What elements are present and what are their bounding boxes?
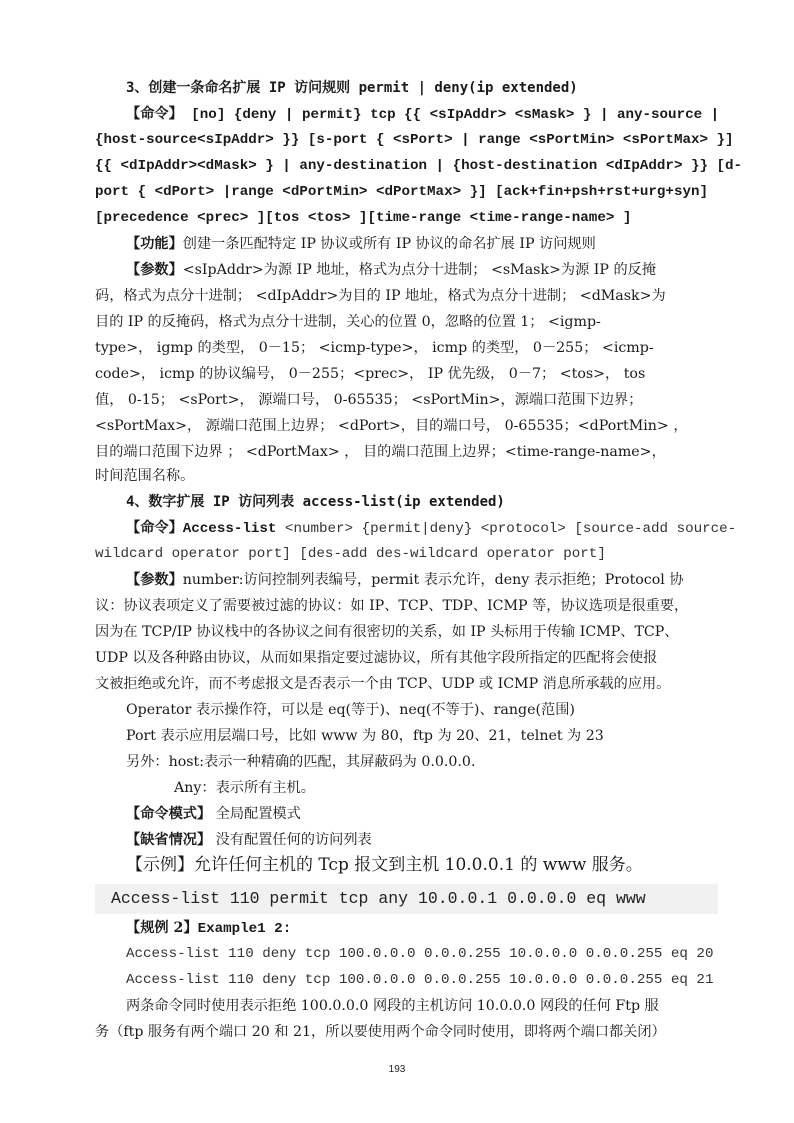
s4-default-text: 没有配置任何的访问列表	[211, 832, 372, 848]
s3-params-line-3: 目的 IP 的反掩码，格式为点分十进制，关心的位置 0，忽略的位置 1； <ig…	[95, 312, 601, 332]
s4-explain-line-2: 务（ftp 服务有两个端口 20 和 21，所以要使用两个命令同时使用，即将两个…	[95, 1022, 666, 1042]
s3-command-line-4: port { <dPort> |range <dPortMin> <dPortM…	[95, 182, 708, 202]
s4-explain-line-1: 两条命令同时使用表示拒绝 100.0.0.0 网段的主机访问 10.0.0.0 …	[126, 996, 659, 1016]
s3-function-text: 创建一条匹配特定 IP 协议或所有 IP 协议的命名扩展 IP 访问规则	[183, 236, 596, 252]
example-code: Access-list 110 permit tcp any 10.0.0.1 …	[111, 889, 646, 908]
s3-command-line-3: {{ <dIpAddr><dMask> } | any-destination …	[95, 156, 742, 176]
s3-command-line-2: {host-source<sIpAddr> }} [s-port { <sPor…	[95, 130, 734, 150]
s3-params-line-4: type>， igmp 的类型， 0－15； <icmp-type>， icmp…	[95, 338, 654, 358]
section-3-heading: 3、创建一条命名扩展 IP 访问规则 permit | deny(ip exte…	[126, 78, 578, 98]
s4-default: 【缺省情况】 没有配置任何的访问列表	[126, 830, 372, 850]
s4-params-line-1: 【参数】number:访问控制列表编号，permit 表示允许，deny 表示拒…	[126, 570, 684, 590]
s4-params-label: 【参数】	[126, 572, 183, 588]
s4-command-line-2: wildcard operator port] [des-add des-wil…	[95, 544, 606, 564]
s4-example2-code-2: Access-list 110 deny tcp 100.0.0.0 0.0.0…	[126, 970, 713, 990]
s3-params-line-1: 【参数】<sIpAddr>为源 IP 地址，格式为点分十进制； <sMask>为…	[126, 260, 656, 280]
s3-command-line-5: [precedence <prec> ][tos <tos> ][time-ra…	[95, 208, 631, 228]
s4-default-label: 【缺省情况】	[126, 832, 211, 848]
s4-host-line: 另外：host:表示一种精确的匹配，其屏蔽码为 0.0.0.0.	[126, 752, 475, 772]
page-number: 193	[0, 1064, 794, 1075]
s4-example-label: 【示例】	[126, 855, 194, 875]
s4-params-text-1: number:访问控制列表编号，permit 表示允许，deny 表示拒绝；Pr…	[183, 572, 684, 588]
s4-port-line: Port 表示应用层端口号，比如 www 为 80，ftp 为 20、21，te…	[126, 726, 604, 746]
s4-example2-title: Example1 2:	[198, 921, 292, 937]
s4-mode: 【命令模式】 全局配置模式	[126, 804, 301, 824]
s3-params-line-5: code>， icmp 的协议编号， 0－255；<prec>， IP 优先级，…	[95, 364, 645, 384]
s3-params-label: 【参数】	[126, 262, 183, 278]
s3-function-label: 【功能】	[126, 236, 183, 252]
s4-params-line-2: 议：协议表项定义了需要被过滤的协议：如 IP、TCP、TDP、ICMP 等，协议…	[95, 596, 688, 616]
s4-example-text: 允许任何主机的 Tcp 报文到主机 10.0.0.1 的 www 服务。	[194, 855, 643, 875]
section-4-heading: 4、数字扩展 IP 访问列表 access-list(ip extended)	[126, 492, 505, 512]
s3-function: 【功能】创建一条匹配特定 IP 协议或所有 IP 协议的命名扩展 IP 访问规则	[126, 234, 596, 254]
document-page: 3、创建一条命名扩展 IP 访问规则 permit | deny(ip exte…	[0, 0, 794, 1123]
s3-params-line-9: 时间范围名称。	[95, 466, 194, 486]
s3-command-label: 【命令】	[126, 106, 183, 122]
s4-example2-heading: 【规例 2】Example1 2:	[126, 918, 291, 939]
s3-params-text-1: <sIpAddr>为源 IP 地址，格式为点分十进制； <sMask>为源 IP…	[183, 262, 656, 278]
s3-params-line-7: <sPortMax>， 源端口范围上边界； <dPort>，目的端口号， 0-6…	[95, 416, 688, 436]
s4-params-line-4: UDP 以及各种路由协议，从而如果指定要过滤协议，所有其他字段所指定的匹配将会使…	[95, 648, 657, 668]
s4-params-line-5: 文被拒绝或允许，而不考虑报文是否表示一个由 TCP、UDP 或 ICMP 消息所…	[95, 674, 670, 694]
s4-params-line-3: 因为在 TCP/IP 协议栈中的各协议之间有很密切的关系，如 IP 头标用于传输…	[95, 622, 679, 642]
s4-command-keyword: Access-list	[183, 521, 277, 537]
example-code-box: Access-list 110 permit tcp any 10.0.0.1 …	[95, 884, 718, 914]
s4-any-line: Any：表示所有主机。	[174, 778, 315, 798]
s4-command-line-1: 【命令】Access-list <number> {permit|deny} <…	[126, 518, 736, 539]
s4-command-label: 【命令】	[126, 520, 183, 536]
s4-mode-label: 【命令模式】	[126, 806, 211, 822]
s3-params-line-8: 目的端口范围下边界 ； <dPortMax> ， 目的端口范围上边界；<time…	[95, 442, 666, 462]
s3-params-line-6: 值， 0-15； <sPort>， 源端口号， 0-65535； <sPortM…	[95, 390, 642, 410]
s4-example: 【示例】允许任何主机的 Tcp 报文到主机 10.0.0.1 的 www 服务。	[126, 855, 643, 875]
s4-mode-text: 全局配置模式	[211, 806, 301, 822]
s4-operator-line: Operator 表示操作符，可以是 eq(等于)、neq(不等于)、range…	[126, 700, 575, 720]
s4-example2-code-1: Access-list 110 deny tcp 100.0.0.0 0.0.0…	[126, 944, 713, 964]
s4-command-rest: <number> {permit|deny} <protocol> [sourc…	[276, 521, 736, 537]
s4-example2-label: 【规例 2】	[126, 920, 198, 936]
s3-command-text-1: [no] {deny | permit} tcp {{ <sIpAddr> <s…	[183, 107, 719, 123]
s3-command-line-1: 【命令】 [no] {deny | permit} tcp {{ <sIpAdd…	[126, 104, 719, 125]
s3-params-line-2: 码，格式为点分十进制； <dIpAddr>为目的 IP 地址，格式为点分十进制；…	[95, 286, 666, 306]
